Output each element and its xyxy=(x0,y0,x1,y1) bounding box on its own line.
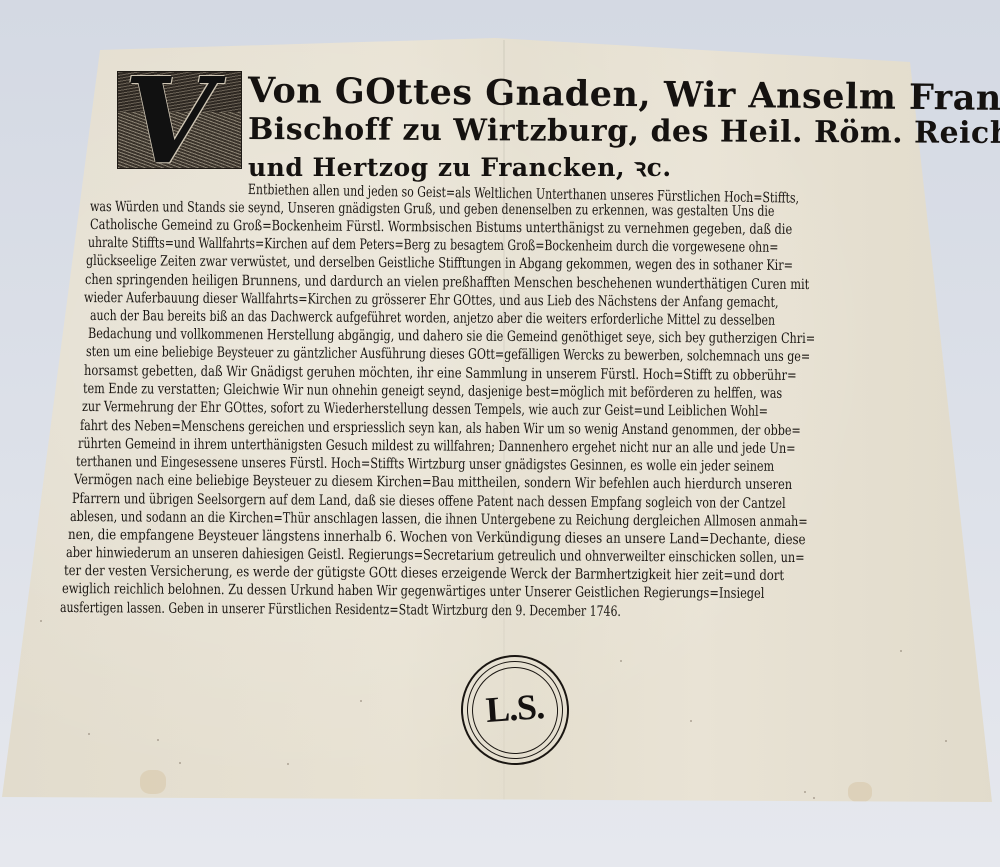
heading-line-2: Bischoff zu Wirtzburg, des Heil. Röm. Re… xyxy=(248,112,1000,152)
heading-line-3: und Hertzog zu Francken, ꝛc. xyxy=(248,150,672,184)
decorated-initial-woodcut: V xyxy=(117,71,242,169)
paper-stain xyxy=(848,782,872,802)
paper-stain xyxy=(140,770,166,794)
seal-text: L.S. xyxy=(462,683,569,732)
initial-letter: V xyxy=(124,71,216,169)
